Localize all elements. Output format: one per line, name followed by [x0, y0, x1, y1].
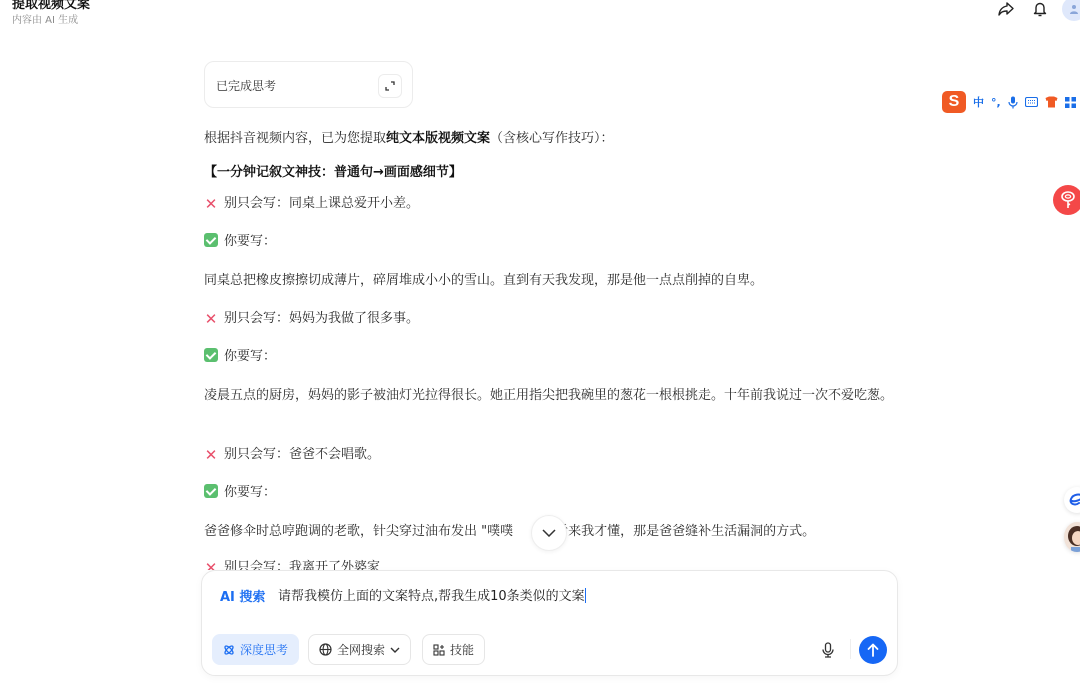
ime-toolbox-icon[interactable] [1065, 97, 1076, 108]
chevron-down-icon [390, 647, 400, 653]
do-line: 你要写： [204, 233, 276, 251]
cross-icon: ✕ [204, 561, 218, 570]
ai-logo-icon [1069, 493, 1080, 507]
thinking-status: 已完成思考 [216, 77, 276, 94]
dont-text: 别只会写：同桌上课总爱开小差。 [224, 196, 419, 211]
check-icon [204, 233, 218, 247]
apps-icon [433, 644, 445, 656]
thinking-card[interactable]: 已完成思考 [204, 61, 413, 108]
bell-icon[interactable] [1031, 0, 1049, 18]
chat-input-box: AI 搜索 请帮我模仿上面的文案特点,帮我生成10条类似的文案 深度思考 全网搜… [201, 570, 898, 676]
do-example: 凌晨五点的厨房，妈妈的影子被油灯光拉得很长。她正用指尖把我碗里的葱花一根根挑走。… [204, 386, 894, 406]
section-heading: 【一分钟记叙文神技：普通句→画面感细节】 [204, 164, 462, 182]
web-search-dropdown[interactable]: 全网搜索 [308, 634, 411, 665]
do-text-part1: 爸爸修伞时总哼跑调的老歌，针尖穿过油布发出 "噗噗 [204, 524, 513, 539]
cross-icon: ✕ [204, 197, 218, 211]
send-button[interactable] [859, 636, 887, 664]
input-value: 请帮我模仿上面的文案特点,帮我生成10条类似的文案 [278, 589, 585, 604]
do-line: 你要写： [204, 348, 276, 366]
chevron-down-icon [542, 529, 556, 537]
user-avatar-icon[interactable] [1062, 0, 1080, 21]
atom-icon [223, 644, 235, 656]
arrow-up-icon [867, 643, 879, 657]
check-icon [204, 348, 218, 362]
cross-icon: ✕ [204, 448, 218, 462]
sogou-logo-icon[interactable]: S [942, 91, 966, 113]
do-example: 爸爸修伞时总哼跑调的老歌，针尖穿过油布发出 "噗噗后来我才懂，那是爸爸缝补生活漏… [204, 523, 815, 541]
intro-text: 根据抖音视频内容，已为您提取 [204, 131, 386, 146]
ime-keyboard-icon[interactable] [1025, 97, 1038, 107]
do-text-part2: 后来我才懂，那是爸爸缝补生活漏洞的方式。 [555, 524, 815, 539]
pin-icon [1060, 190, 1076, 210]
share-icon[interactable] [997, 0, 1015, 18]
intro-bold: 纯文本版视频文案 [386, 131, 490, 146]
dont-text: 别只会写：爸爸不会唱歌。 [224, 447, 380, 462]
ime-voice-icon[interactable] [1008, 96, 1018, 109]
page-subtitle: 内容由 AI 生成 [12, 11, 78, 26]
expand-button[interactable] [378, 74, 402, 98]
skills-label: 技能 [450, 641, 474, 658]
floating-avatar[interactable] [1064, 522, 1080, 552]
ime-skin-icon[interactable] [1045, 96, 1058, 108]
header: 提取视频文案 内容由 AI 生成 [0, 0, 1080, 30]
ime-punctuation-toggle[interactable]: °, [991, 96, 1001, 109]
cross-icon: ✕ [204, 312, 218, 326]
dont-line: ✕别只会写：同桌上课总爱开小差。 [204, 195, 419, 213]
ai-search-tag[interactable]: AI 搜索 [220, 586, 265, 605]
skills-button[interactable]: 技能 [422, 634, 485, 665]
dont-line: ✕别只会写：妈妈为我做了很多事。 [204, 310, 419, 328]
ime-toolbar: S 中 °, [942, 89, 1080, 115]
do-label: 你要写： [224, 485, 276, 500]
text-caret [585, 588, 586, 603]
check-icon [204, 484, 218, 498]
intro-suffix: （含核心写作技巧）： [490, 131, 614, 146]
chat-input[interactable]: 请帮我模仿上面的文案特点,帮我生成10条类似的文案 [278, 585, 838, 604]
divider [850, 639, 851, 659]
do-line: 你要写： [204, 484, 276, 502]
dont-line: ✕别只会写：我离开了外婆家 [204, 558, 380, 570]
expand-icon [385, 81, 395, 91]
deep-think-button[interactable]: 深度思考 [212, 634, 299, 665]
do-example: 同桌总把橡皮擦擦切成薄片，碎屑堆成小小的雪山。直到有天我发现，那是他一点点削掉的… [204, 271, 894, 291]
dont-text: 别只会写：妈妈为我做了很多事。 [224, 311, 419, 326]
character-avatar-icon [1064, 522, 1080, 552]
response-intro: 根据抖音视频内容，已为您提取纯文本版视频文案（含核心写作技巧）： [204, 130, 614, 148]
scroll-down-button[interactable] [531, 515, 567, 551]
globe-icon [319, 643, 332, 656]
dont-line: ✕别只会写：爸爸不会唱歌。 [204, 446, 380, 464]
floating-ai-button[interactable] [1064, 487, 1080, 513]
do-label: 你要写： [224, 234, 276, 249]
dont-text: 别只会写：我离开了外婆家 [224, 560, 380, 570]
ime-chinese-toggle[interactable]: 中 [973, 94, 984, 110]
web-search-label: 全网搜索 [337, 641, 385, 658]
floating-assistant-button[interactable] [1053, 185, 1080, 215]
deep-think-label: 深度思考 [240, 641, 288, 658]
microphone-icon[interactable] [819, 641, 837, 659]
do-label: 你要写： [224, 349, 276, 364]
